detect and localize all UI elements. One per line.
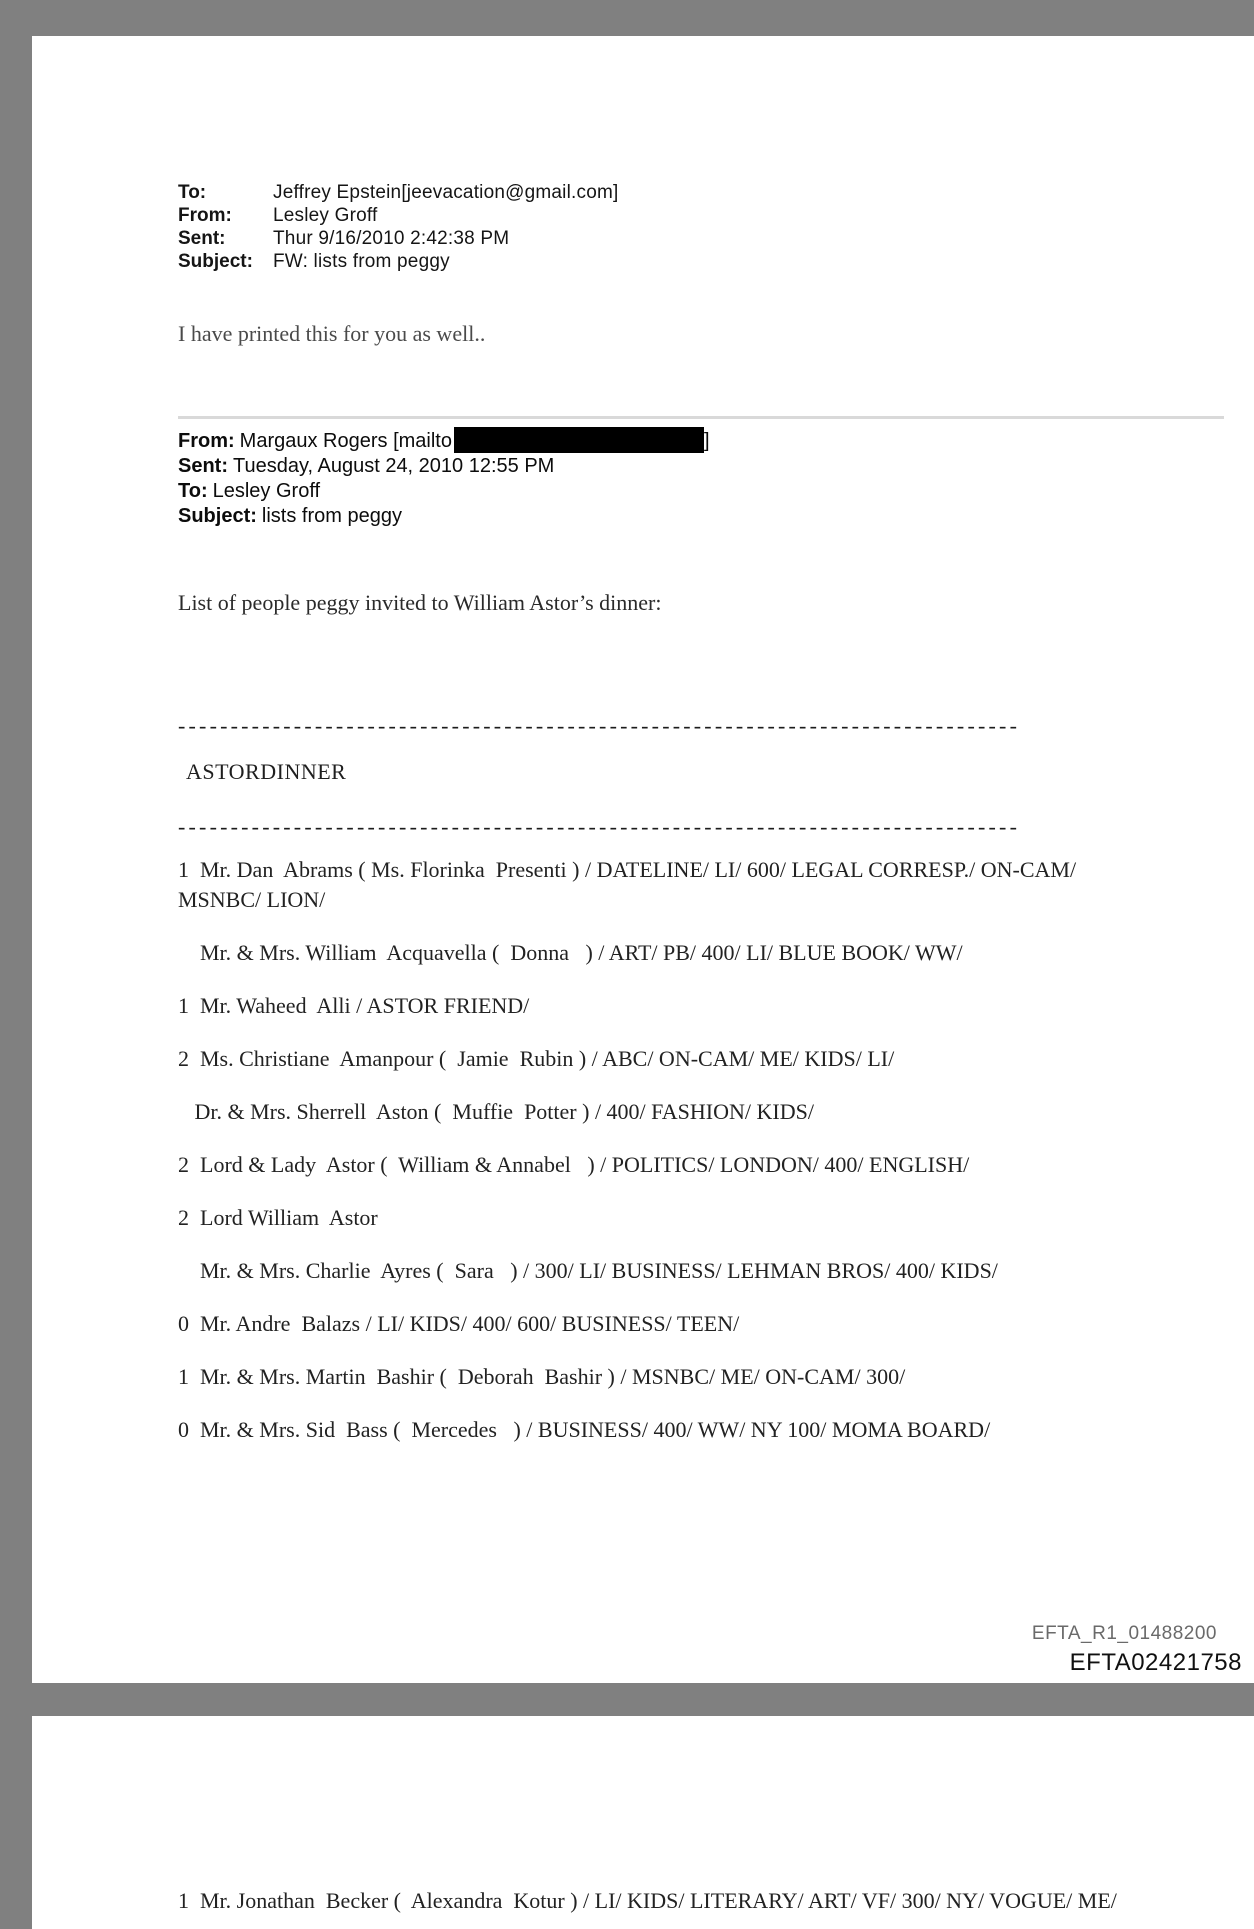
document-page-2: 1 Mr. Jonathan Becker ( Alexandra Kotur … bbox=[32, 1716, 1254, 1929]
list-item: 2 Lord William Astor bbox=[178, 1203, 1126, 1233]
guest-list-continued: 1 Mr. Jonathan Becker ( Alexandra Kotur … bbox=[178, 1886, 1126, 1916]
section-title: ASTORDINNER bbox=[178, 758, 1254, 786]
subject-value: FW: lists from peggy bbox=[273, 251, 450, 272]
list-item: 1 Mr. Dan Abrams ( Ms. Florinka Presenti… bbox=[178, 855, 1126, 915]
list-item: 0 Mr. Andre Balazs / LI/ KIDS/ 400/ 600/… bbox=[178, 1309, 1126, 1339]
bates-number-light: EFTA_R1_01488200 bbox=[1032, 1623, 1242, 1645]
list-item: 1 Mr. Waheed Alli / ASTOR FRIEND/ bbox=[178, 991, 1126, 1021]
inner-to-value: Lesley Groff bbox=[213, 480, 320, 502]
dashed-divider-bottom: ----------------------------------------… bbox=[178, 813, 1028, 841]
list-item: 2 Ms. Christiane Amanpour ( Jamie Rubin … bbox=[178, 1044, 1126, 1074]
header-row-from: From:Lesley Groff bbox=[178, 204, 1254, 227]
inner-row-from: From:Margaux Rogers [mailto] bbox=[178, 427, 1254, 454]
inner-sent-label: Sent: bbox=[178, 455, 228, 477]
inner-to-label: To: bbox=[178, 480, 208, 502]
list-item: 0 Mr. & Mrs. Sid Bass ( Mercedes ) / BUS… bbox=[178, 1415, 1126, 1445]
list-item: Mr. & Mrs. William Acquavella ( Donna ) … bbox=[178, 938, 1126, 968]
inner-subject-value: lists from peggy bbox=[262, 505, 402, 527]
inner-from-label: From: bbox=[178, 430, 235, 452]
bates-number-dark: EFTA02421758 bbox=[1032, 1649, 1242, 1677]
email-header-inner: From:Margaux Rogers [mailto] Sent:Tuesda… bbox=[178, 427, 1254, 529]
sent-label: Sent: bbox=[178, 227, 273, 250]
list-item: 1 Mr. Jonathan Becker ( Alexandra Kotur … bbox=[178, 1886, 1126, 1916]
inner-row-sent: Sent:Tuesday, August 24, 2010 12:55 PM bbox=[178, 454, 1254, 479]
guest-list: 1 Mr. Dan Abrams ( Ms. Florinka Presenti… bbox=[178, 855, 1126, 1445]
document-page-1: To:Jeffrey Epstein[jeevacation@gmail.com… bbox=[32, 36, 1254, 1683]
scan-artifact-line bbox=[178, 416, 1224, 419]
subject-label: Subject: bbox=[178, 250, 273, 273]
page-separator bbox=[0, 1683, 1254, 1716]
to-value: Jeffrey Epstein[jeevacation@gmail.com] bbox=[273, 182, 618, 203]
inner-subject-label: Subject: bbox=[178, 505, 257, 527]
bates-numbers: EFTA_R1_01488200 EFTA02421758 bbox=[1032, 1623, 1242, 1677]
to-label: To: bbox=[178, 181, 273, 204]
dashed-divider-top: ----------------------------------------… bbox=[178, 712, 1028, 740]
inner-from-prefix: Margaux Rogers [mailto bbox=[240, 430, 452, 452]
list-item: 1 Mr. & Mrs. Martin Bashir ( Deborah Bas… bbox=[178, 1362, 1126, 1392]
inner-row-subject: Subject:lists from peggy bbox=[178, 504, 1254, 529]
inner-row-to: To:Lesley Groff bbox=[178, 479, 1254, 504]
inner-sent-value: Tuesday, August 24, 2010 12:55 PM bbox=[233, 455, 554, 477]
from-label: From: bbox=[178, 204, 273, 227]
inner-from-suffix: ] bbox=[704, 430, 710, 452]
list-intro: List of people peggy invited to William … bbox=[178, 589, 1254, 617]
list-item: 2 Lord & Lady Astor ( William & Annabel … bbox=[178, 1150, 1126, 1180]
sent-value: Thur 9/16/2010 2:42:38 PM bbox=[273, 228, 509, 249]
header-row-sent: Sent:Thur 9/16/2010 2:42:38 PM bbox=[178, 227, 1254, 250]
redaction-box bbox=[454, 427, 704, 453]
email-header-outer: To:Jeffrey Epstein[jeevacation@gmail.com… bbox=[178, 181, 1254, 273]
email-body-intro: I have printed this for you as well.. bbox=[178, 320, 1254, 348]
header-row-subject: Subject:FW: lists from peggy bbox=[178, 250, 1254, 273]
header-row-to: To:Jeffrey Epstein[jeevacation@gmail.com… bbox=[178, 181, 1254, 204]
list-item: Dr. & Mrs. Sherrell Aston ( Muffie Potte… bbox=[178, 1097, 1126, 1127]
from-value: Lesley Groff bbox=[273, 205, 378, 226]
list-item: Mr. & Mrs. Charlie Ayres ( Sara ) / 300/… bbox=[178, 1256, 1126, 1286]
